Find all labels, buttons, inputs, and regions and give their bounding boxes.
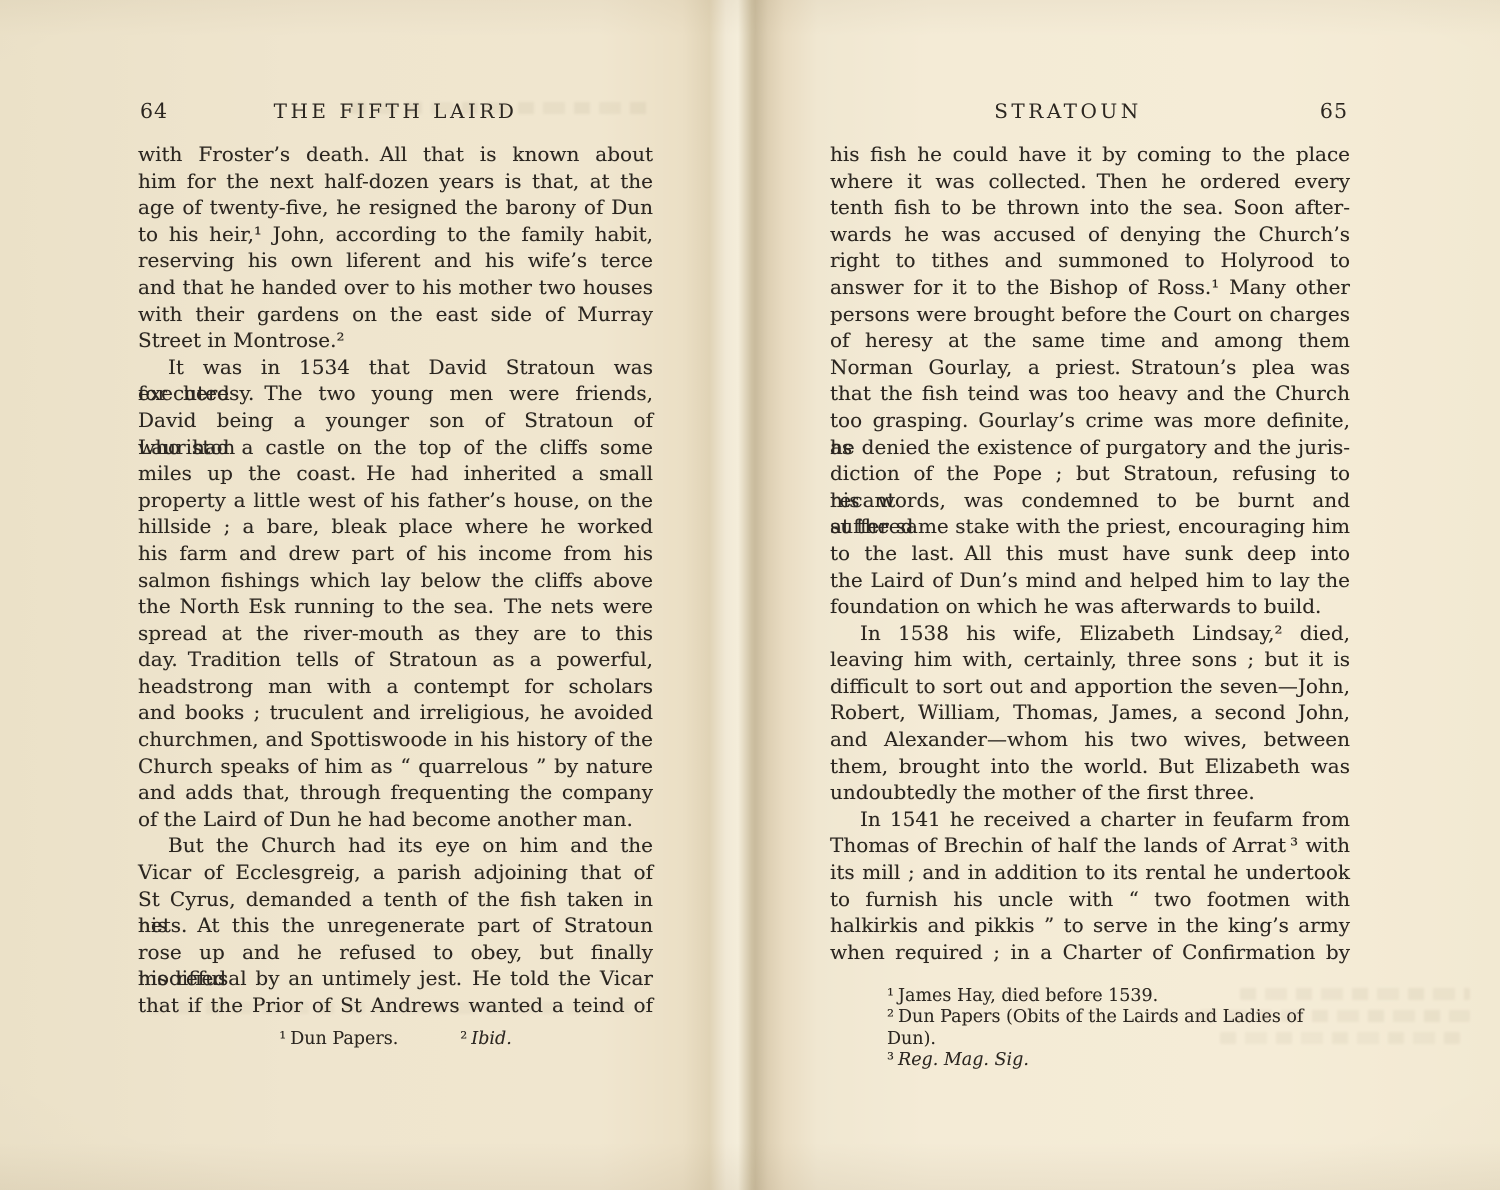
text-line: the North Esk running to the sea. The ne…: [138, 593, 653, 620]
text-line: persons were brought before the Court on…: [830, 301, 1350, 328]
running-head: THE FIFTH LAIRD: [138, 99, 653, 123]
text-line: rose up and he refused to obey, but fina…: [138, 939, 653, 966]
footnote: ²Ibid.: [460, 1029, 512, 1049]
text-line: day. Tradition tells of Stratoun as a po…: [138, 646, 653, 673]
text-line: he denied the existence of purgatory and…: [830, 434, 1350, 461]
page-number: 65: [1320, 99, 1348, 123]
text-line: to furnish his uncle with “ two footmen …: [830, 886, 1350, 913]
footnote-marker: ¹: [887, 986, 898, 1006]
text-line: his farm and drew part of his income fro…: [138, 540, 653, 567]
text-line: diction of the Pope ; but Stratoun, refu…: [830, 460, 1350, 487]
footnote-marker: ¹: [279, 1029, 290, 1049]
text-line: his fish he could have it by coming to t…: [830, 141, 1350, 168]
text-line: that the fish teind was too heavy and th…: [830, 380, 1350, 407]
text-line: that if the Prior of St Andrews wanted a…: [138, 992, 653, 1019]
footnote-text: Reg. Mag. Sig.: [898, 1050, 1029, 1070]
footnote-text: Dun Papers (Obits of the Lairds and Ladi…: [887, 1007, 1303, 1048]
text-line: hillside ; a bare, bleak place where he …: [138, 513, 653, 540]
footnote: ³Reg. Mag. Sig.: [887, 1050, 1350, 1071]
text-line: right to tithes and summoned to Holyrood…: [830, 247, 1350, 274]
text-line: churchmen, and Spottiswoode in his histo…: [138, 726, 653, 753]
text-line: and adds that, through frequenting the c…: [138, 779, 653, 806]
text-line: headstrong man with a contempt for schol…: [138, 673, 653, 700]
text-line: to his heir,¹ John, according to the fam…: [138, 221, 653, 248]
text-line: David being a younger son of Stratoun of…: [138, 407, 653, 434]
page-left: 64 THE FIFTH LAIRD with Froster’s death.…: [138, 0, 653, 1190]
footnote-text: James Hay, died before 1539.: [898, 986, 1158, 1006]
text-line: when required ; in a Charter of Confirma…: [830, 939, 1350, 966]
text-line: and books ; truculent and irreligious, h…: [138, 699, 653, 726]
footnote-marker: ²: [460, 1029, 471, 1049]
text-line: wards he was accused of denying the Chur…: [830, 221, 1350, 248]
text-line: and that he handed over to his mother tw…: [138, 274, 653, 301]
footnote-text: Ibid.: [471, 1029, 511, 1049]
text-line: his refusal by an untimely jest. He told…: [138, 965, 653, 992]
text-line: its mill ; and in addition to its rental…: [830, 859, 1350, 886]
text-line: too grasping. Gourlay’s crime was more d…: [830, 407, 1350, 434]
running-head: STRATOUN: [830, 99, 1350, 123]
text-line: But the Church had its eye on him and th…: [138, 832, 653, 859]
text-line: the Laird of Dun’s mind and helped him t…: [830, 567, 1350, 594]
footnotes: ¹Dun Papers. ²Ibid.: [138, 1029, 653, 1049]
text-line: with their gardens on the east side of M…: [138, 301, 653, 328]
footnote-text: Dun Papers.: [290, 1029, 398, 1049]
text-line: to the last. All this must have sunk dee…: [830, 540, 1350, 567]
text-line: St Cyrus, demanded a tenth of the fish t…: [138, 886, 653, 913]
text-line: with Froster’s death. All that is known …: [138, 141, 653, 168]
text-line: of the Laird of Dun he had become anothe…: [138, 806, 653, 833]
text-line: undoubtedly the mother of the first thre…: [830, 779, 1350, 806]
text-line: It was in 1534 that David Stratoun was e…: [138, 354, 653, 381]
text-line: his words, was condemned to be burnt and…: [830, 487, 1350, 514]
text-line: salmon fishings which lay below the clif…: [138, 567, 653, 594]
body-text: his fish he could have it by coming to t…: [830, 141, 1350, 965]
text-line: Thomas of Brechin of half the lands of A…: [830, 832, 1350, 859]
page-header: 64 THE FIFTH LAIRD: [138, 99, 653, 125]
text-line: answer for it to the Bishop of Ross.¹ Ma…: [830, 274, 1350, 301]
text-line: him for the next half-dozen years is tha…: [138, 168, 653, 195]
footnote-marker: ²: [887, 1007, 898, 1027]
text-line: Street in Montrose.²: [138, 327, 653, 354]
text-line: foundation on which he was afterwards to…: [830, 593, 1350, 620]
footnote: ¹Dun Papers.: [279, 1029, 398, 1049]
text-line: reserving his own liferent and his wife’…: [138, 247, 653, 274]
footnote: ¹James Hay, died before 1539.: [887, 986, 1350, 1007]
body-text: with Froster’s death. All that is known …: [138, 141, 653, 1019]
text-line: nets. At this the unregenerate part of S…: [138, 912, 653, 939]
footnotes: ¹James Hay, died before 1539. ²Dun Paper…: [887, 986, 1350, 1071]
text-line: property a little west of his father’s h…: [138, 487, 653, 514]
footnote-marker: ³: [887, 1050, 898, 1070]
text-line: and Alexander—whom his two wives, betwee…: [830, 726, 1350, 753]
text-line: at the same stake with the priest, encou…: [830, 513, 1350, 540]
text-line: tenth fish to be thrown into the sea. So…: [830, 194, 1350, 221]
text-line: where it was collected. Then he ordered …: [830, 168, 1350, 195]
text-line: miles up the coast. He had inherited a s…: [138, 460, 653, 487]
text-line: In 1541 he received a charter in feufarm…: [830, 806, 1350, 833]
text-line: Robert, William, Thomas, James, a second…: [830, 699, 1350, 726]
text-line: age of twenty-five, he resigned the baro…: [138, 194, 653, 221]
text-line: them, brought into the world. But Elizab…: [830, 753, 1350, 780]
text-line: Norman Gourlay, a priest. Stratoun’s ple…: [830, 354, 1350, 381]
text-line: for heresy. The two young men were frien…: [138, 380, 653, 407]
text-line: of heresy at the same time and among the…: [830, 327, 1350, 354]
text-line: spread at the river-mouth as they are to…: [138, 620, 653, 647]
page-header: STRATOUN 65: [830, 99, 1350, 125]
text-line: In 1538 his wife, Elizabeth Lindsay,² di…: [830, 620, 1350, 647]
footnote: ²Dun Papers (Obits of the Lairds and Lad…: [887, 1007, 1350, 1050]
text-line: Vicar of Ecclesgreig, a parish adjoining…: [138, 859, 653, 886]
text-line: who had a castle on the top of the cliff…: [138, 434, 653, 461]
text-line: Church speaks of him as “ quarrelous ” b…: [138, 753, 653, 780]
page-right: STRATOUN 65 his fish he could have it by…: [830, 0, 1350, 1190]
text-line: halkirkis and pikkis ” to serve in the k…: [830, 912, 1350, 939]
text-line: difficult to sort out and apportion the …: [830, 673, 1350, 700]
text-line: leaving him with, certainly, three sons …: [830, 646, 1350, 673]
book-scan: 64 THE FIFTH LAIRD with Froster’s death.…: [0, 0, 1500, 1190]
